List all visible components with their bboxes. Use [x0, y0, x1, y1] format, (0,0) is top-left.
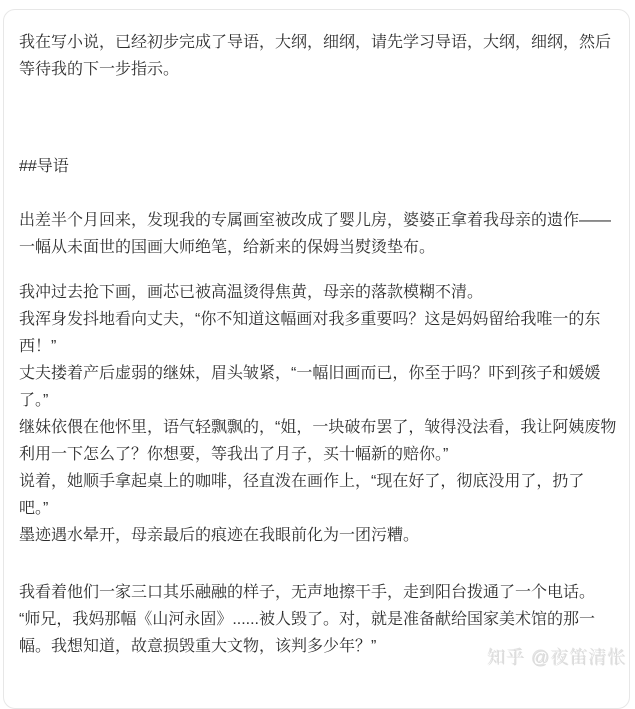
content-card: 我在写小说，已经初步完成了导语，大纲，细纲，请先学习导语，大纲，细纲，然后 等待…: [3, 9, 630, 681]
zhihu-watermark: 知乎 @夜笛清怅: [488, 644, 627, 670]
content-area: 我在写小说，已经初步完成了导语，大纲，细纲，请先学习导语，大纲，细纲，然后 等待…: [4, 10, 629, 660]
user-instruction-paragraph: 我在写小说，已经初步完成了导语，大纲，细纲，请先学习导语，大纲，细纲，然后 等待…: [19, 29, 619, 83]
story-paragraph-2: 我冲过去抢下画，画芯已被高温烫得焦黄，母亲的落款模糊不清。 我浑身发抖地看向丈夫…: [19, 279, 619, 549]
page: { "colors": { "text": "#2d2d2d", "card_b…: [0, 0, 635, 681]
story-paragraph-1: 出差半个月回来，发现我的专属画室被改成了婴儿房，婆婆正拿着我母亲的遗作—— 一幅…: [19, 207, 619, 261]
lede-heading: ##导语: [19, 153, 619, 180]
